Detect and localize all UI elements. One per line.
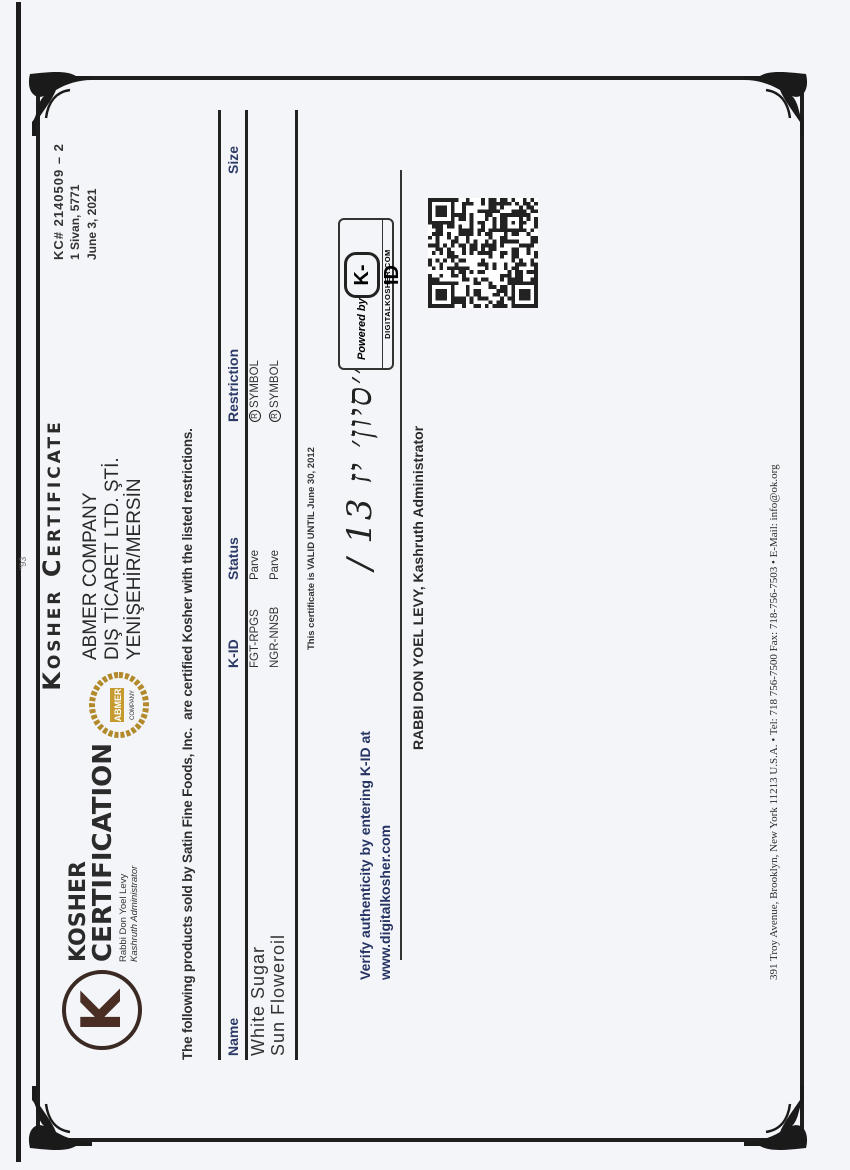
signature-line: [400, 170, 402, 960]
product-size: [247, 110, 269, 178]
svg-text:COMPANY: COMPANY: [130, 690, 136, 720]
powered-by-badge: Powered by: K-ID DIGITALKOSHER.COM: [338, 218, 394, 370]
corner-ornament-icon: [740, 70, 810, 140]
column-header-size: Size: [220, 110, 247, 178]
product-kid: NGR-NNSB: [268, 584, 297, 672]
column-header-status: Status: [220, 426, 247, 584]
product-status: Parve: [268, 426, 297, 584]
verify-url: www.digitalkosher.com: [375, 731, 395, 980]
product-status: Parve: [247, 426, 269, 584]
product-name: Sun Floweroil: [268, 672, 297, 1060]
certificate-title: Kosher Certificate: [38, 419, 66, 691]
table-header-row: Name K-ID Status Restriction Size: [220, 110, 247, 1060]
issuer-logo: K KOSHER CERTIFICATION Rabbi Don Yoel Le…: [62, 750, 152, 1050]
verify-instructions: Verify authenticity by entering K-ID at …: [355, 731, 395, 980]
certificate-meta: KC# 2140509 – 2 1 Sivan, 5771 June 3, 20…: [50, 143, 101, 260]
certificate-page: "93 Kosher Certificate K KOSHER CERTIFIC…: [0, 0, 850, 1170]
company-city: YENİŞEHİR/MERSİN: [124, 457, 146, 660]
scan-mark: "93: [18, 557, 28, 570]
intro-statement: The following products sold by Satin Fin…: [180, 428, 195, 1060]
certificate-title-block: Kosher Certificate: [38, 340, 66, 770]
table-row: White Sugar FGT-RPGS Parve RSYMBOL: [247, 110, 269, 1060]
corner-ornament-icon: [26, 1082, 96, 1152]
issuer-sub-line2: Kashruth Administrator: [129, 866, 140, 962]
outer-rule: [16, 2, 21, 1162]
signatory: RABBI DON YOEL LEVY, Kashruth Administra…: [410, 426, 426, 750]
k-logo-icon: K: [62, 970, 142, 1050]
validity-statement: This certificate is VALID UNTIL June 30,…: [306, 447, 317, 650]
qr-code-icon: [428, 198, 538, 308]
issuer-name-line2: CERTIFICATION: [88, 743, 118, 962]
certificate-number: KC# 2140509 – 2: [50, 143, 67, 260]
restriction-symbol-icon: R: [269, 410, 281, 422]
handwritten-signature: / 13 ׳׳סיון׳ יז: [340, 365, 380, 570]
company-legal-name: DIŞ TİCARET LTD. ŞTİ.: [102, 457, 124, 660]
column-header-kid: K-ID: [220, 584, 247, 672]
product-size: [268, 110, 297, 178]
svg-text:ABMER: ABMER: [113, 688, 123, 721]
column-header-restriction: Restriction: [220, 178, 247, 426]
column-header-name: Name: [220, 672, 247, 1060]
hebrew-date: 1 Sivan, 5771: [67, 143, 84, 260]
company-name: ABMER COMPANY: [80, 457, 102, 660]
corner-ornament-icon: [740, 1082, 810, 1152]
kid-logo-icon: K-ID: [344, 252, 380, 298]
issue-date: June 3, 2021: [84, 143, 101, 260]
restriction-symbol-icon: R: [249, 410, 261, 422]
issuer-sub-line1: Rabbi Don Yoel Levy: [118, 874, 129, 962]
company-address: ABMER COMPANY DIŞ TİCARET LTD. ŞTİ. YENİ…: [80, 457, 146, 660]
products-table: Name K-ID Status Restriction Size White …: [218, 110, 298, 1060]
company-wreath-logo-icon: ABMER COMPANY: [88, 670, 150, 740]
product-restriction: RSYMBOL: [268, 178, 297, 426]
product-name: White Sugar: [247, 672, 269, 1060]
table-row: Sun Floweroil NGR-NNSB Parve RSYMBOL: [268, 110, 297, 1060]
product-kid: FGT-RPGS: [247, 584, 269, 672]
product-restriction: RSYMBOL: [247, 178, 269, 426]
corner-ornament-icon: [26, 70, 96, 140]
footer-contact: 391 Troy Avenue, Brooklyn, New York 1121…: [768, 464, 780, 980]
